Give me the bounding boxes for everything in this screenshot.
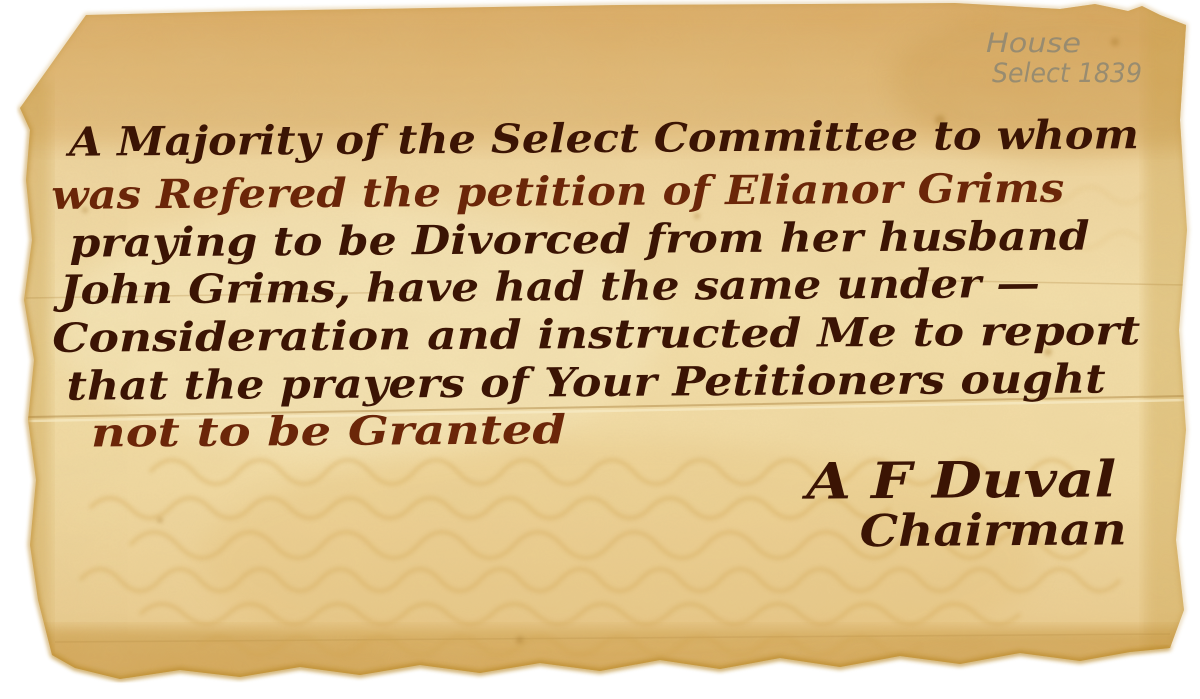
manuscript-line-6: that the prayers of Your Petitioners oug…: [66, 355, 1106, 409]
signature-title: Chairman: [859, 504, 1126, 557]
manuscript-line-1: A Majority of the Select Committee to wh…: [64, 111, 1139, 165]
manuscript-line-7: not to be Granted: [91, 406, 566, 456]
manuscript-line-3: praying to be Divorced from her husband: [69, 213, 1089, 267]
manuscript-line-2: was Refered the petition of Elianor Grim…: [51, 165, 1064, 219]
signature-name: A F Duval: [801, 449, 1116, 510]
manuscript-line-5: Consideration and instructed Me to repor…: [52, 307, 1141, 362]
manuscript-line-4: John Grims, have had the same under —: [52, 260, 1040, 314]
manuscript-page: House Select 1839 A Majority of the Sele…: [0, 0, 1200, 699]
pencil-annotation-line-1: House: [986, 28, 1081, 59]
pencil-annotation-line-2: Select 1839: [992, 58, 1142, 89]
document-scan: House Select 1839 A Majority of the Sele…: [0, 0, 1200, 699]
